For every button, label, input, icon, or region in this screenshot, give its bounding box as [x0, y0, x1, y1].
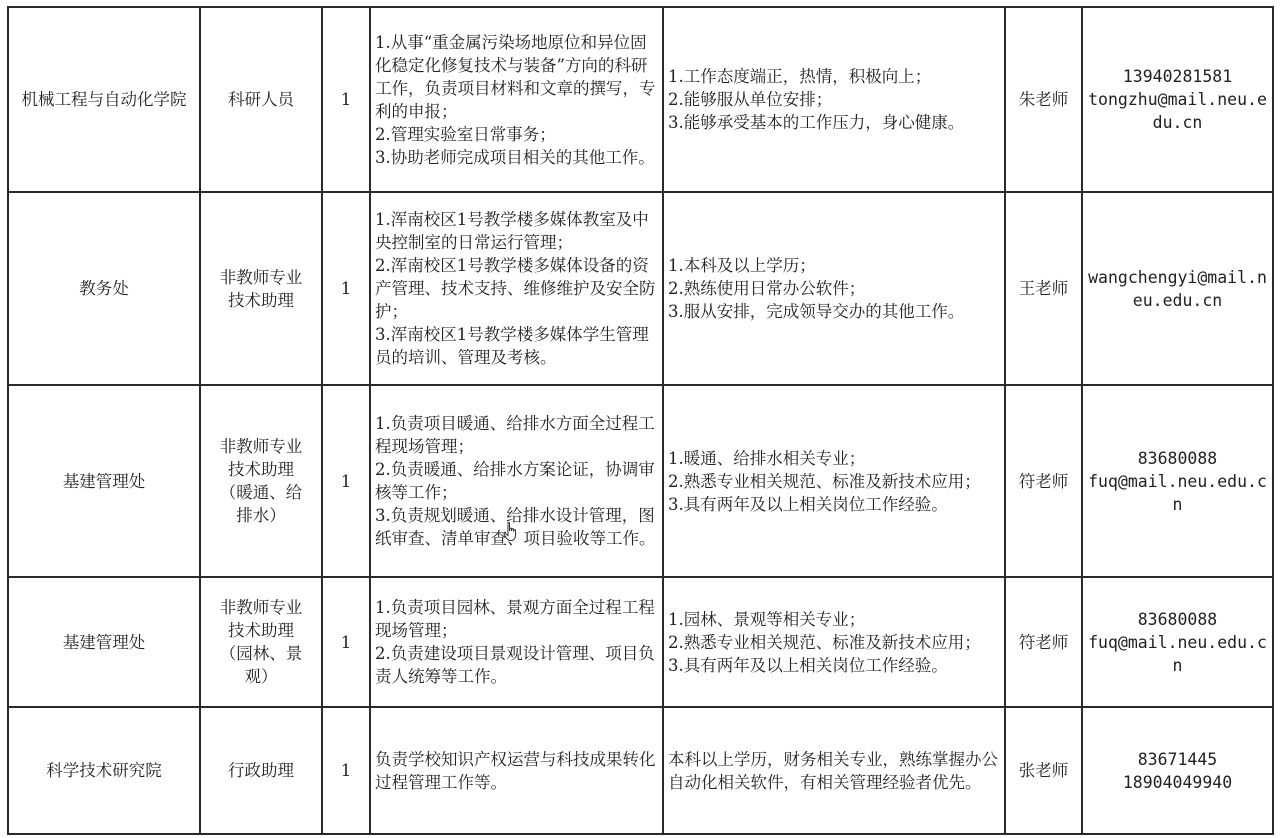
email-address[interactable]: wangchengyi@mail.neu.edu.cn [1087, 266, 1268, 312]
requirement-item: 1.工作态度端正，热情，积极向上； [668, 65, 1000, 88]
requirement-item: 3.具有两年及以上相关岗位工作经验。 [668, 493, 1000, 516]
contact-info-cell: 13940281581 tongzhu@mail.neu.edu.cn [1082, 7, 1273, 192]
duties-cell: 1.负责项目园林、景观方面全过程工程现场管理； 2.负责建设项目景观设计管理、项… [370, 577, 663, 707]
position-cell: 非教师专业 技术助理 （园林、景 观） [200, 577, 322, 707]
phone-number: 13940281581 [1087, 65, 1268, 88]
table-row: 科学技术研究院 行政助理 1 负责学校知识产权运营与科技成果转化过程管理工作等。… [8, 707, 1273, 834]
count-cell: 1 [322, 707, 370, 834]
email-address[interactable]: tongzhu@mail.neu.edu.cn [1087, 88, 1268, 134]
table-row: 教务处 非教师专业 技术助理 1 1.浑南校区1号教学楼多媒体教室及中央控制室的… [8, 192, 1273, 385]
hand-pointer-icon [503, 522, 519, 542]
department-cell: 机械工程与自动化学院 [8, 7, 200, 192]
phone-number: 18904049940 [1087, 771, 1268, 794]
duty-item: 1.从事“重金属污染场地原位和异位固化稳定化修复技术与装备”方向的科研工作，负责… [375, 31, 658, 123]
duties-cell: 1.从事“重金属污染场地原位和异位固化稳定化修复技术与装备”方向的科研工作，负责… [370, 7, 663, 192]
requirements-cell: 1.本科及以上学历； 2.熟练使用日常办公软件； 3.服从安排，完成领导交办的其… [663, 192, 1005, 385]
department-cell: 教务处 [8, 192, 200, 385]
count-cell: 1 [322, 577, 370, 707]
contact-person-cell: 朱老师 [1005, 7, 1082, 192]
phone-number: 83671445 [1087, 748, 1268, 771]
contact-info-cell: 83680088 fuq@mail.neu.edu.cn [1082, 577, 1273, 707]
duty-item: 1.负责项目园林、景观方面全过程工程现场管理； [375, 596, 658, 642]
requirement-item: 1.暖通、给排水相关专业； [668, 447, 1000, 470]
requirements-cell: 1.工作态度端正，热情，积极向上； 2.能够服从单位安排； 3.能够承受基本的工… [663, 7, 1005, 192]
requirement-item: 2.能够服从单位安排； [668, 88, 1000, 111]
email-address[interactable]: fuq@mail.neu.edu.cn [1087, 631, 1268, 677]
position-cell: 非教师专业 技术助理 （暖通、给 排水） [200, 385, 322, 577]
phone-number: 83680088 [1087, 447, 1268, 470]
duty-item: 3.协助老师完成项目相关的其他工作。 [375, 146, 658, 169]
position-cell: 行政助理 [200, 707, 322, 834]
duty-item: 2.浑南校区1号教学楼多媒体设备的资产管理、技术支持、维修维护及安全防护； [375, 254, 658, 323]
duties-cell: 1.负责项目暖通、给排水方面全过程工程现场管理； 2.负责暖通、给排水方案论证，… [370, 385, 663, 577]
contact-info-cell: 83680088 fuq@mail.neu.edu.cn [1082, 385, 1273, 577]
count-cell: 1 [322, 192, 370, 385]
requirement-item: 1.园林、景观等相关专业； [668, 608, 1000, 631]
table-row: 基建管理处 非教师专业 技术助理 （园林、景 观） 1 1.负责项目园林、景观方… [8, 577, 1273, 707]
requirement-item: 1.本科及以上学历； [668, 254, 1000, 277]
duty-item: 3.浑南校区1号教学楼多媒体学生管理员的培训、管理及考核。 [375, 323, 658, 369]
position-cell: 科研人员 [200, 7, 322, 192]
requirement-item: 2.熟练使用日常办公软件； [668, 277, 1000, 300]
requirement-item: 2.熟悉专业相关规范、标准及新技术应用； [668, 631, 1000, 654]
contact-info-cell: wangchengyi@mail.neu.edu.cn [1082, 192, 1273, 385]
department-cell: 基建管理处 [8, 385, 200, 577]
contact-person-cell: 符老师 [1005, 577, 1082, 707]
duties-cell: 1.浑南校区1号教学楼多媒体教室及中央控制室的日常运行管理； 2.浑南校区1号教… [370, 192, 663, 385]
requirement-item: 3.具有两年及以上相关岗位工作经验。 [668, 654, 1000, 677]
duty-item: 2.负责建设项目景观设计管理、项目负责人统筹等工作。 [375, 642, 658, 688]
duties-cell: 负责学校知识产权运营与科技成果转化过程管理工作等。 [370, 707, 663, 834]
position-cell: 非教师专业 技术助理 [200, 192, 322, 385]
department-cell: 科学技术研究院 [8, 707, 200, 834]
requirements-cell: 本科以上学历，财务相关专业，熟练掌握办公自动化相关软件，有相关管理经验者优先。 [663, 707, 1005, 834]
email-address[interactable]: fuq@mail.neu.edu.cn [1087, 470, 1268, 516]
requirements-cell: 1.园林、景观等相关专业； 2.熟悉专业相关规范、标准及新技术应用； 3.具有两… [663, 577, 1005, 707]
duty-item: 2.负责暖通、给排水方案论证，协调审核等工作； [375, 458, 658, 504]
recruitment-table: 机械工程与自动化学院 科研人员 1 1.从事“重金属污染场地原位和异位固化稳定化… [7, 6, 1274, 835]
department-cell: 基建管理处 [8, 577, 200, 707]
duty-item: 负责学校知识产权运营与科技成果转化过程管理工作等。 [375, 748, 658, 794]
contact-person-cell: 张老师 [1005, 707, 1082, 834]
duty-item: 1.浑南校区1号教学楼多媒体教室及中央控制室的日常运行管理； [375, 208, 658, 254]
duty-item: 1.负责项目暖通、给排水方面全过程工程现场管理； [375, 412, 658, 458]
count-cell: 1 [322, 385, 370, 577]
contact-person-cell: 符老师 [1005, 385, 1082, 577]
requirement-item: 3.服从安排，完成领导交办的其他工作。 [668, 300, 1000, 323]
count-cell: 1 [322, 7, 370, 192]
phone-number: 83680088 [1087, 608, 1268, 631]
table-row: 基建管理处 非教师专业 技术助理 （暖通、给 排水） 1 1.负责项目暖通、给排… [8, 385, 1273, 577]
contact-info-cell: 83671445 18904049940 [1082, 707, 1273, 834]
contact-person-cell: 王老师 [1005, 192, 1082, 385]
requirements-cell: 1.暖通、给排水相关专业； 2.熟悉专业相关规范、标准及新技术应用； 3.具有两… [663, 385, 1005, 577]
duty-item: 2.管理实验室日常事务； [375, 123, 658, 146]
requirement-item: 3.能够承受基本的工作压力，身心健康。 [668, 111, 1000, 134]
requirement-item: 本科以上学历，财务相关专业，熟练掌握办公自动化相关软件，有相关管理经验者优先。 [668, 748, 1000, 794]
table-row: 机械工程与自动化学院 科研人员 1 1.从事“重金属污染场地原位和异位固化稳定化… [8, 7, 1273, 192]
requirement-item: 2.熟悉专业相关规范、标准及新技术应用； [668, 470, 1000, 493]
